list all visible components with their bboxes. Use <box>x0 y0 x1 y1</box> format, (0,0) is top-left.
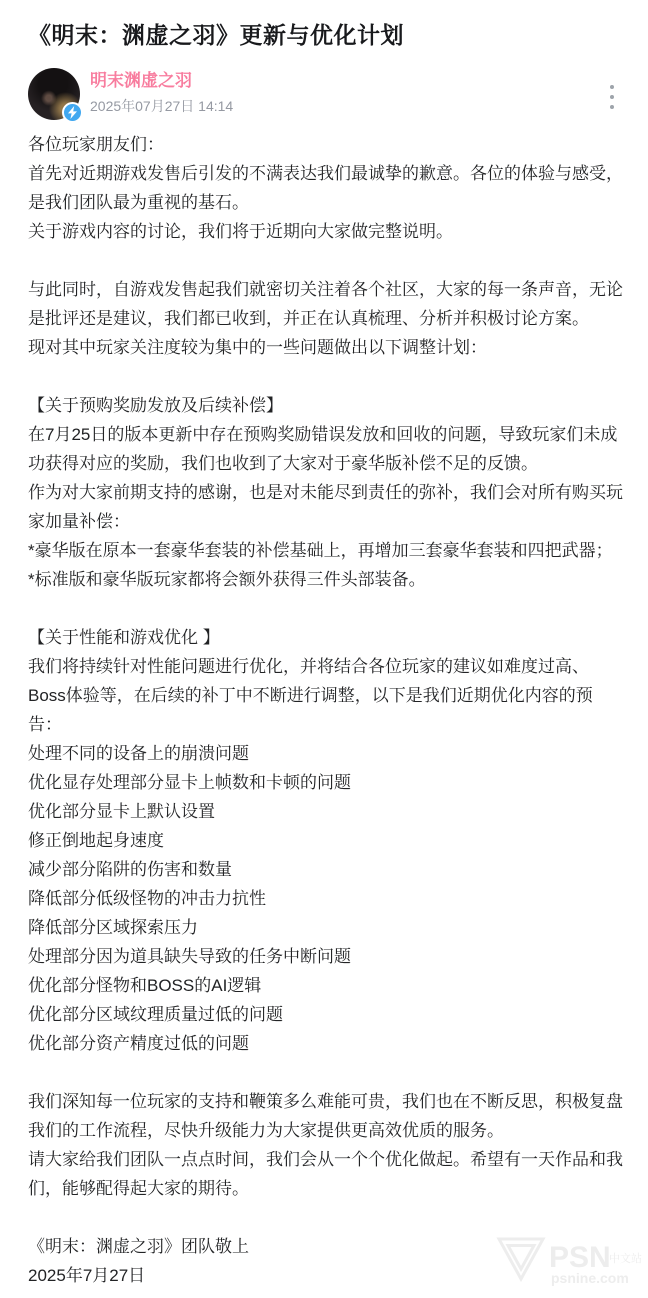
lightning-bolt-icon <box>67 106 78 119</box>
kebab-icon <box>610 85 614 89</box>
post-timestamp: 2025年07月27日 14:14 <box>90 97 233 115</box>
post-header: 明末渊虚之羽 2025年07月27日 14:14 <box>28 68 624 120</box>
post-paragraph: 与此同时，自游戏发售起我们就密切关注着各个社区，大家的每一条声音，无论是批评还是… <box>28 275 624 362</box>
post-body: 各位玩家朋友们： 首先对近期游戏发售后引发的不满表达我们最诚挚的歉意。各位的体验… <box>28 130 624 1290</box>
post-paragraph: 【关于预购奖励发放及后续补偿】 在7月25日的版本更新中存在预购奖励错误发放和回… <box>28 391 624 594</box>
post-paragraph: 【关于性能和游戏优化 】 我们将持续针对性能问题进行优化，并将结合各位玩家的建议… <box>28 623 624 1058</box>
official-badge <box>62 102 83 123</box>
more-options-button[interactable] <box>606 78 618 116</box>
post-page: 《明末：渊虚之羽》更新与优化计划 明末渊虚之羽 2025年07月27日 14:1… <box>0 0 648 1290</box>
author-name[interactable]: 明末渊虚之羽 <box>90 70 233 92</box>
post-paragraph: 我们深知每一位玩家的支持和鞭策多么难能可贵，我们也在不断反思，积极复盘我们的工作… <box>28 1087 624 1203</box>
post-paragraph: 《明末：渊虚之羽》团队敬上 2025年7月27日 <box>28 1232 624 1290</box>
post-paragraph: 各位玩家朋友们： 首先对近期游戏发售后引发的不满表达我们最诚挚的歉意。各位的体验… <box>28 130 624 246</box>
post-title: 《明末：渊虚之羽》更新与优化计划 <box>28 20 624 51</box>
author-avatar[interactable] <box>28 68 80 120</box>
author-meta: 明末渊虚之羽 2025年07月27日 14:14 <box>90 68 233 115</box>
